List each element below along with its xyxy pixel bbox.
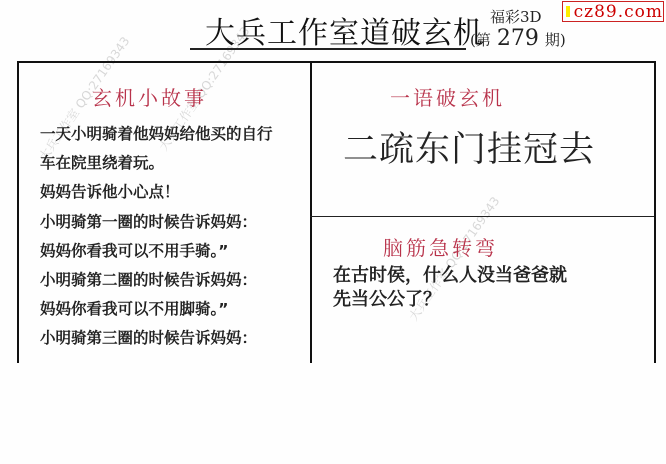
story-line: 小明骑第一圈的时候告诉妈妈： (40, 208, 273, 237)
right-panel-divider (310, 216, 654, 217)
proverb-title: 一语破玄机 (390, 82, 505, 111)
title-underline (190, 48, 466, 50)
site-badge-label: cz89.com (574, 2, 663, 22)
riddle-line: 先当公公了？ (333, 288, 567, 312)
story-body: 一天小明骑着他妈妈给他买的自行 车在院里绕着玩。 妈妈告诉他小心点！ 小明骑第一… (40, 120, 273, 354)
riddle-title: 脑筋急转弯 (383, 232, 498, 261)
story-line: 妈妈你看我可以不用脚骑。” (40, 295, 273, 324)
page-title: 大兵工作室道破玄机 (205, 8, 484, 52)
riddle-body: 在古时侯，什么人没当爸爸就 先当公公了？ (333, 264, 567, 312)
issue-number: 279 (497, 26, 539, 51)
lottery-type: 福彩3D (490, 6, 542, 27)
yellow-square-icon (566, 6, 570, 17)
story-line: 妈妈你看我可以不用手骑。” (40, 237, 273, 266)
story-line: 车在院里绕着玩。 (40, 149, 273, 178)
story-line: 小明骑第二圈的时候告诉妈妈： (40, 266, 273, 295)
riddle-line: 在古时侯，什么人没当爸爸就 (333, 264, 567, 288)
story-line: 妈妈告诉他小心点！ (40, 178, 273, 207)
issue-suffix: 期) (545, 31, 566, 49)
issue-prefix: (第 (470, 31, 491, 49)
proverb-text: 二疏东门挂冠去 (343, 122, 595, 172)
story-line: 一天小明骑着他妈妈给他买的自行 (40, 120, 273, 149)
story-line: 小明骑第三圈的时候告诉妈妈： (40, 324, 273, 353)
site-badge[interactable]: cz89.com (562, 1, 664, 22)
story-title: 玄机小故事 (92, 82, 207, 111)
issue-label: (第279期) (470, 26, 566, 51)
